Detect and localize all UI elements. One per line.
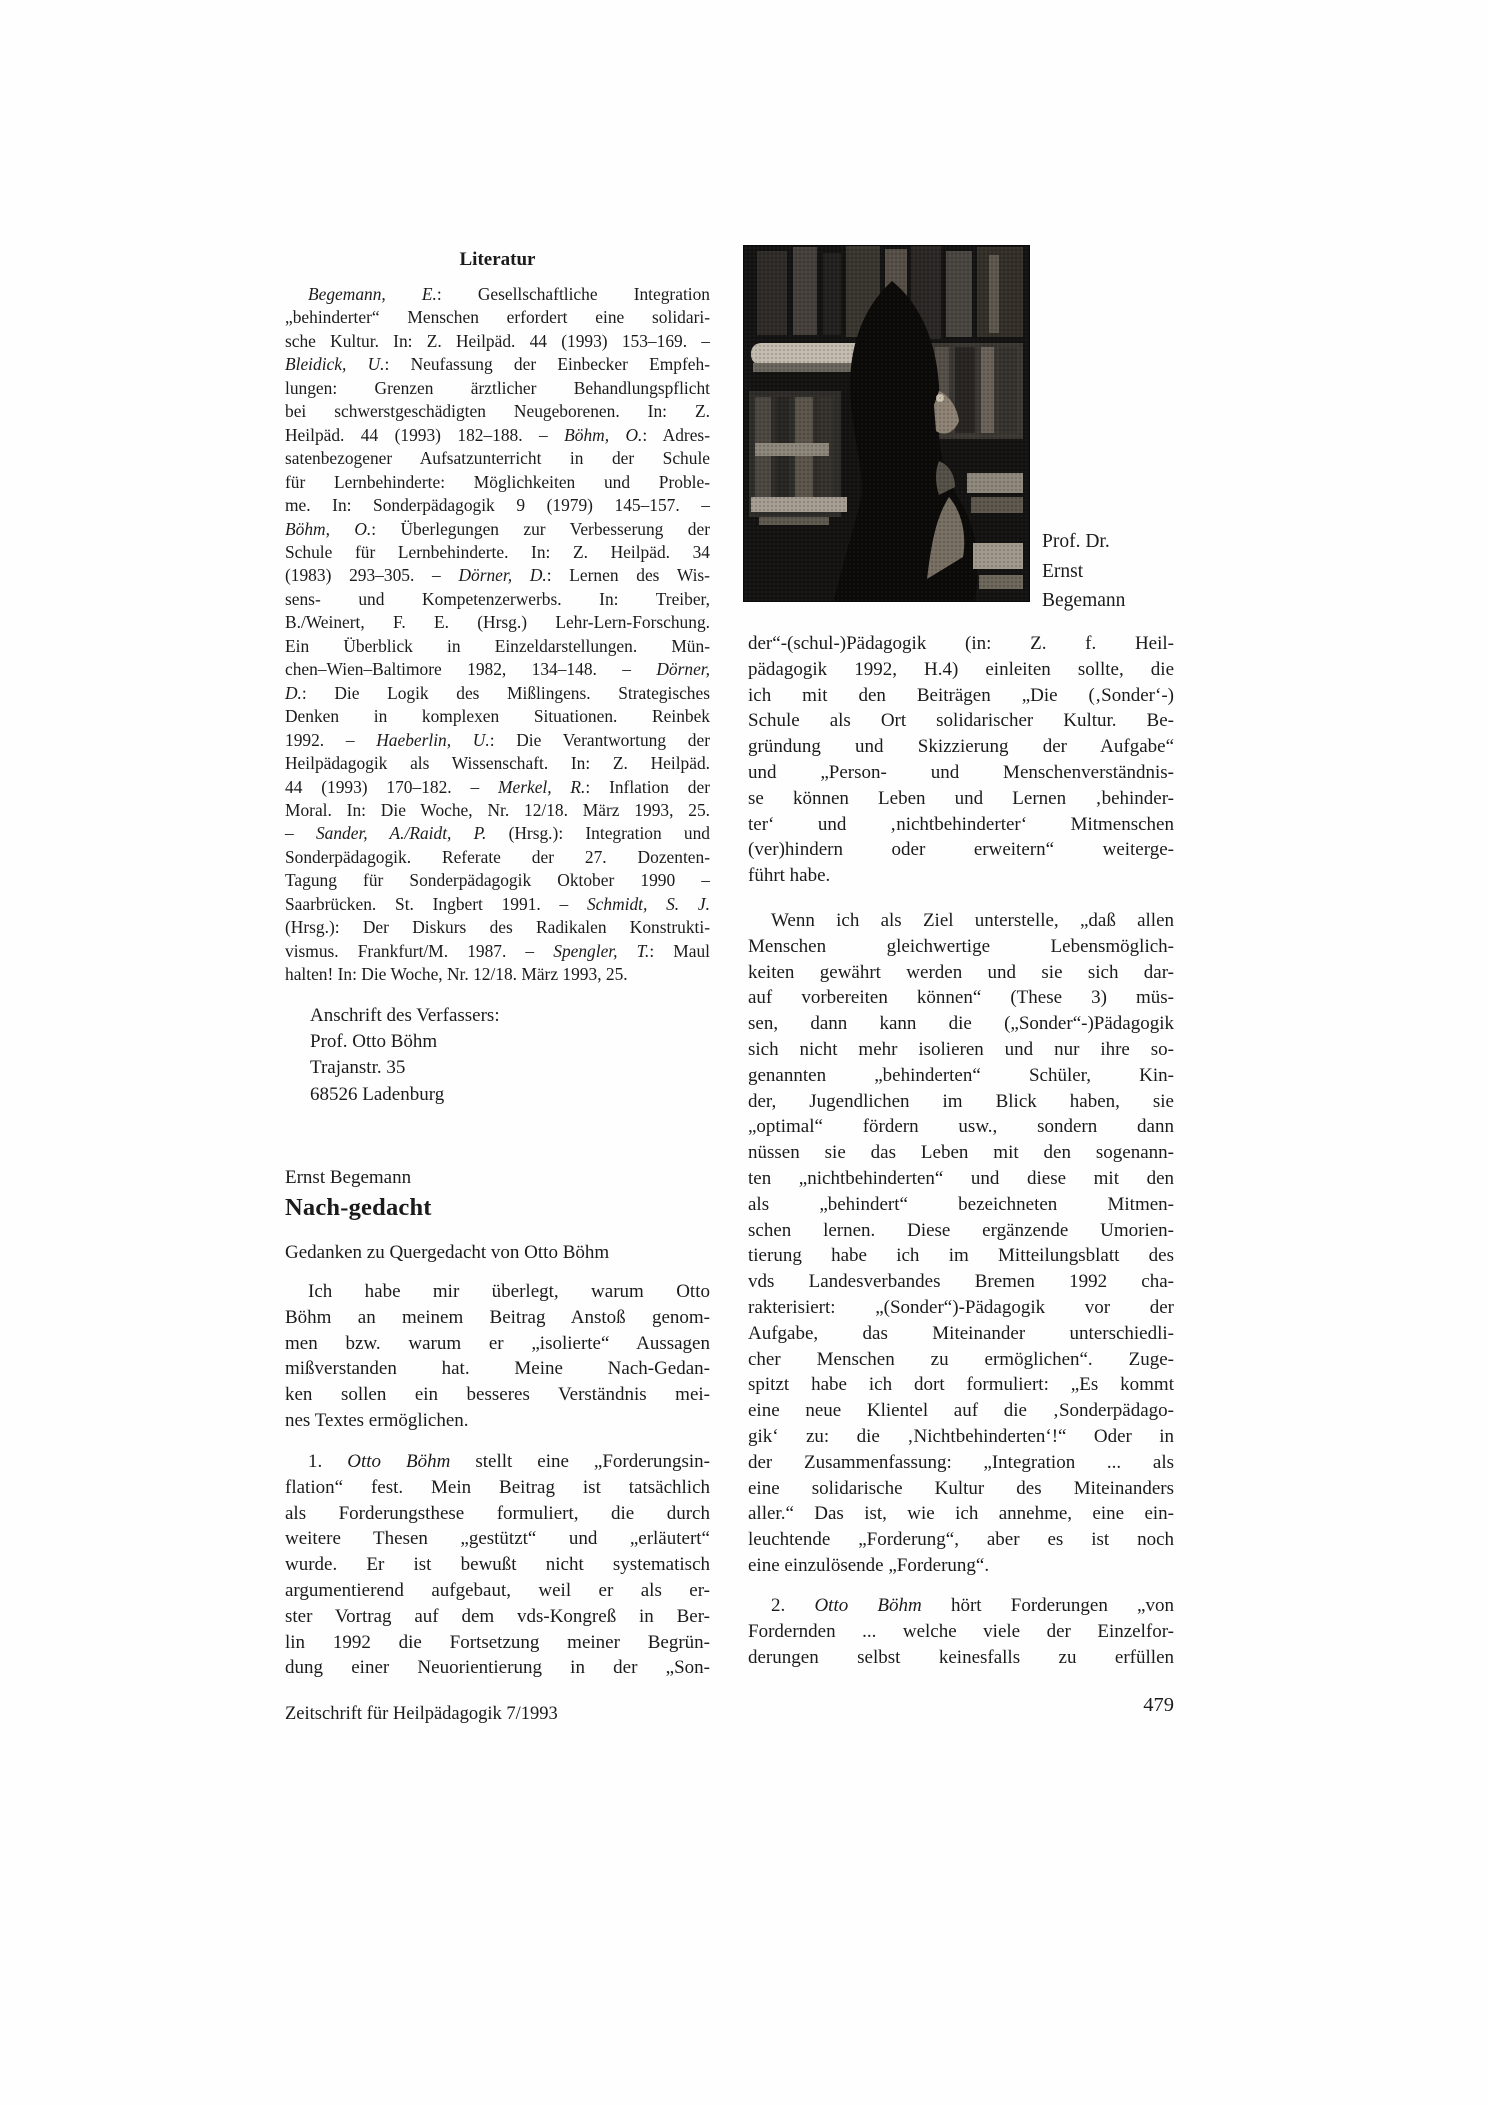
text-line: lin 1992 die Fortsetzung meiner Begrün- xyxy=(285,1630,710,1656)
text-line: Bleidick, U.: Neufassung der Einbecker E… xyxy=(285,353,710,376)
text-line: Heilpädagogik als Wissenschaft. In: Z. H… xyxy=(285,752,710,775)
text-line: Ich habe mir überlegt, warum Otto xyxy=(285,1279,710,1305)
text-line: rakterisiert: „(Sonder“)-Pädagogik vor d… xyxy=(748,1295,1174,1321)
text-line: Schule als Ort solidarischer Kultur. Be- xyxy=(748,708,1174,734)
text-line: Menschen gleichwertige Lebensmöglich- xyxy=(748,934,1174,960)
text-line: führt habe. xyxy=(748,863,1174,889)
text-line: der, Jugendlichen im Blick haben, sie xyxy=(748,1089,1174,1115)
text-line: der“-(schul-)Pädagogik (in: Z. f. Heil- xyxy=(748,631,1174,657)
text-line: als Forderungsthese formuliert, die durc… xyxy=(285,1501,710,1527)
text-line: Moral. In: Die Woche, Nr. 12/18. März 19… xyxy=(285,799,710,822)
article-paragraph-wenn-ich: Wenn ich als Ziel unterstelle, „daß alle… xyxy=(748,908,1174,1579)
text-line: Heilpäd. 44 (1993) 182–188. – Böhm, O.: … xyxy=(285,424,710,447)
photo-caption: Prof. Dr.ErnstBegemann xyxy=(1042,527,1192,616)
text-line: eine einzulösende „Forderung“. xyxy=(748,1553,1174,1579)
article-title: Nach-gedacht xyxy=(285,1194,432,1222)
text-line: der Zusammenfassung: „Integration ... al… xyxy=(748,1450,1174,1476)
text-line: Ernst xyxy=(1042,557,1192,587)
text-line: tierung habe ich im Mitteilungsblatt des xyxy=(748,1243,1174,1269)
text-line: Anschrift des Verfassers: xyxy=(310,1003,610,1029)
text-line: als „behindert“ bezeichneten Mitmen- xyxy=(748,1192,1174,1218)
text-line: Böhm, O.: Überlegungen zur Verbesserung … xyxy=(285,518,710,541)
text-line: argumentierend aufgebaut, weil er als er… xyxy=(285,1578,710,1604)
text-line: satenbezogener Aufsatzunterricht in der … xyxy=(285,447,710,470)
article-paragraph-point2: 2. Otto Böhm hört Forderungen „vonForder… xyxy=(748,1593,1174,1670)
text-line: Prof. Otto Böhm xyxy=(310,1029,610,1055)
text-line: sens- und Kompetenzerwerbs. In: Treiber, xyxy=(285,588,710,611)
text-line: Saarbrücken. St. Ingbert 1991. – Schmidt… xyxy=(285,893,710,916)
text-line: cher Menschen zu ermöglichen“. Zuge- xyxy=(748,1347,1174,1373)
text-line: Denken in komplexen Situationen. Reinbek xyxy=(285,705,710,728)
text-line: Begemann, E.: Gesellschaftliche Integrat… xyxy=(285,283,710,306)
text-line: wurde. Er ist bewußt nicht systematisch xyxy=(285,1552,710,1578)
author-address-block: Anschrift des Verfassers:Prof. Otto Böhm… xyxy=(310,1003,610,1108)
text-line: sche Kultur. In: Z. Heilpäd. 44 (1993) 1… xyxy=(285,330,710,353)
text-line: 2. Otto Böhm hört Forderungen „von xyxy=(748,1593,1174,1619)
portrait-photo xyxy=(743,245,1030,602)
text-line: ter‘ und ‚nichtbehinderter‘ Mitmenschen xyxy=(748,812,1174,838)
text-line: gründung und Skizzierung der Aufgabe“ xyxy=(748,734,1174,760)
text-line: ster Vortrag auf dem vds-Kongreß in Ber- xyxy=(285,1604,710,1630)
text-line: Tagung für Sonderpädagogik Oktober 1990 … xyxy=(285,869,710,892)
literature-references: Begemann, E.: Gesellschaftliche Integrat… xyxy=(285,283,710,987)
text-line: D.: Die Logik des Mißlingens. Strategisc… xyxy=(285,682,710,705)
text-line: Schule für Lernbehinderte. In: Z. Heilpä… xyxy=(285,541,710,564)
text-line: Begemann xyxy=(1042,586,1192,616)
journal-page: Literatur Begemann, E.: Gesellschaftlich… xyxy=(0,0,1488,2105)
text-line: chen–Wien–Baltimore 1982, 134–148. – Dör… xyxy=(285,658,710,681)
text-line: vds Landesverbandes Bremen 1992 cha- xyxy=(748,1269,1174,1295)
text-line: (Hrsg.): Der Diskurs des Radikalen Konst… xyxy=(285,916,710,939)
text-line: schen lernen. Diese ergänzende Umorien- xyxy=(748,1218,1174,1244)
text-line: – Sander, A./Raidt, P. (Hrsg.): Integrat… xyxy=(285,822,710,845)
text-line: eine solidarische Kultur des Miteinander… xyxy=(748,1476,1174,1502)
text-line: men bzw. warum er „isolierte“ Aussagen xyxy=(285,1331,710,1357)
text-line: derungen selbst keinesfalls zu erfüllen xyxy=(748,1645,1174,1671)
text-line: spitzt habe ich dort formuliert: „Es kom… xyxy=(748,1372,1174,1398)
text-line: leuchtende „Forderung“, aber es ist noch xyxy=(748,1527,1174,1553)
text-line: gik‘ zu: die ‚Nichtbehinderten‘!“ Oder i… xyxy=(748,1424,1174,1450)
text-line: für Lernbehinderte: Möglichkeiten und Pr… xyxy=(285,471,710,494)
text-line: lungen: Grenzen ärztlicher Behandlungspf… xyxy=(285,377,710,400)
article-paragraph-intro: Ich habe mir überlegt, warum OttoBöhm an… xyxy=(285,1279,710,1434)
journal-footer: Zeitschrift für Heilpädagogik 7/1993 xyxy=(285,1704,558,1725)
article-author: Ernst Begemann xyxy=(285,1167,411,1189)
text-line: aller.“ Das ist, wie ich annehme, eine e… xyxy=(748,1501,1174,1527)
text-line: (1983) 293–305. – Dörner, D.: Lernen des… xyxy=(285,564,710,587)
text-line: bei schwerstgeschädigten Neugeborenen. I… xyxy=(285,400,710,423)
text-line: Trajanstr. 35 xyxy=(310,1055,610,1081)
text-line: flation“ fest. Mein Beitrag ist tatsächl… xyxy=(285,1475,710,1501)
text-line: ich mit den Beiträgen „Die (‚Sonder‘-) xyxy=(748,683,1174,709)
text-line: sen, dann kann die („Sonder“-)Pädagogik xyxy=(748,1011,1174,1037)
text-line: pädagogik 1992, H.4) einleiten sollte, d… xyxy=(748,657,1174,683)
text-line: Sonderpädagogik. Referate der 27. Dozent… xyxy=(285,846,710,869)
text-line: vismus. Frankfurt/M. 1987. – Spengler, T… xyxy=(285,940,710,963)
text-line: genannten „behinderten“ Schüler, Kin- xyxy=(748,1063,1174,1089)
text-line: Ein Überblick in Einzeldarstellungen. Mü… xyxy=(285,635,710,658)
text-line: und „Person- und Menschenverständnis- xyxy=(748,760,1174,786)
text-line: „behinderter“ Menschen erfordert eine so… xyxy=(285,306,710,329)
text-line: (ver)hindern oder erweitern“ weiterge- xyxy=(748,837,1174,863)
article-paragraph-point1: 1. Otto Böhm stellt eine „Forderungsin-f… xyxy=(285,1449,710,1681)
text-line: nes Textes ermöglichen. xyxy=(285,1408,710,1434)
text-line: sich nicht mehr isolieren und nur ihre s… xyxy=(748,1037,1174,1063)
text-line: 1. Otto Böhm stellt eine „Forderungsin- xyxy=(285,1449,710,1475)
text-line: ken sollen ein besseres Verständnis mei- xyxy=(285,1382,710,1408)
text-line: 68526 Ladenburg xyxy=(310,1082,610,1108)
text-line: Prof. Dr. xyxy=(1042,527,1192,557)
literature-heading: Literatur xyxy=(285,249,710,271)
text-line: 1992. – Haeberlin, U.: Die Verantwortung… xyxy=(285,729,710,752)
text-line: me. In: Sonderpädagogik 9 (1979) 145–157… xyxy=(285,494,710,517)
text-line: Böhm an meinem Beitrag Anstoß genom- xyxy=(285,1305,710,1331)
text-line: eine neue Klientel auf die ‚Sonderpädago… xyxy=(748,1398,1174,1424)
text-line: Fordernden ... welche viele der Einzelfo… xyxy=(748,1619,1174,1645)
text-line: 44 (1993) 170–182. – Merkel, R.: Inflati… xyxy=(285,776,710,799)
text-line: weitere Thesen „gestützt“ und „erläutert… xyxy=(285,1526,710,1552)
text-line: „optimal“ fördern usw., sondern dann xyxy=(748,1114,1174,1140)
text-line: se können Leben und Lernen ‚behinder- xyxy=(748,786,1174,812)
text-line: nüssen sie das Leben mit den sogenann- xyxy=(748,1140,1174,1166)
text-line: auf vorbereiten können“ (These 3) müs- xyxy=(748,985,1174,1011)
text-line: B./Weinert, F. E. (Hrsg.) Lehr-Lern-Fors… xyxy=(285,611,710,634)
text-line: mißverstanden hat. Meine Nach-Gedan- xyxy=(285,1356,710,1382)
page-number: 479 xyxy=(748,1694,1174,1717)
article-subtitle: Gedanken zu Quergedacht von Otto Böhm xyxy=(285,1242,609,1264)
portrait-photo-graphic xyxy=(743,245,1030,602)
text-line: Wenn ich als Ziel unterstelle, „daß alle… xyxy=(748,908,1174,934)
text-line: halten! In: Die Woche, Nr. 12/18. März 1… xyxy=(285,963,710,986)
text-line: ten „nichtbehinderten“ und diese mit den xyxy=(748,1166,1174,1192)
text-line: Aufgabe, das Miteinander unterschiedli- xyxy=(748,1321,1174,1347)
article-paragraph-continued: der“-(schul-)Pädagogik (in: Z. f. Heil-p… xyxy=(748,631,1174,889)
text-line: keiten gewährt werden und sie sich dar- xyxy=(748,960,1174,986)
text-line: dung einer Neuorientierung in der „Son- xyxy=(285,1655,710,1681)
